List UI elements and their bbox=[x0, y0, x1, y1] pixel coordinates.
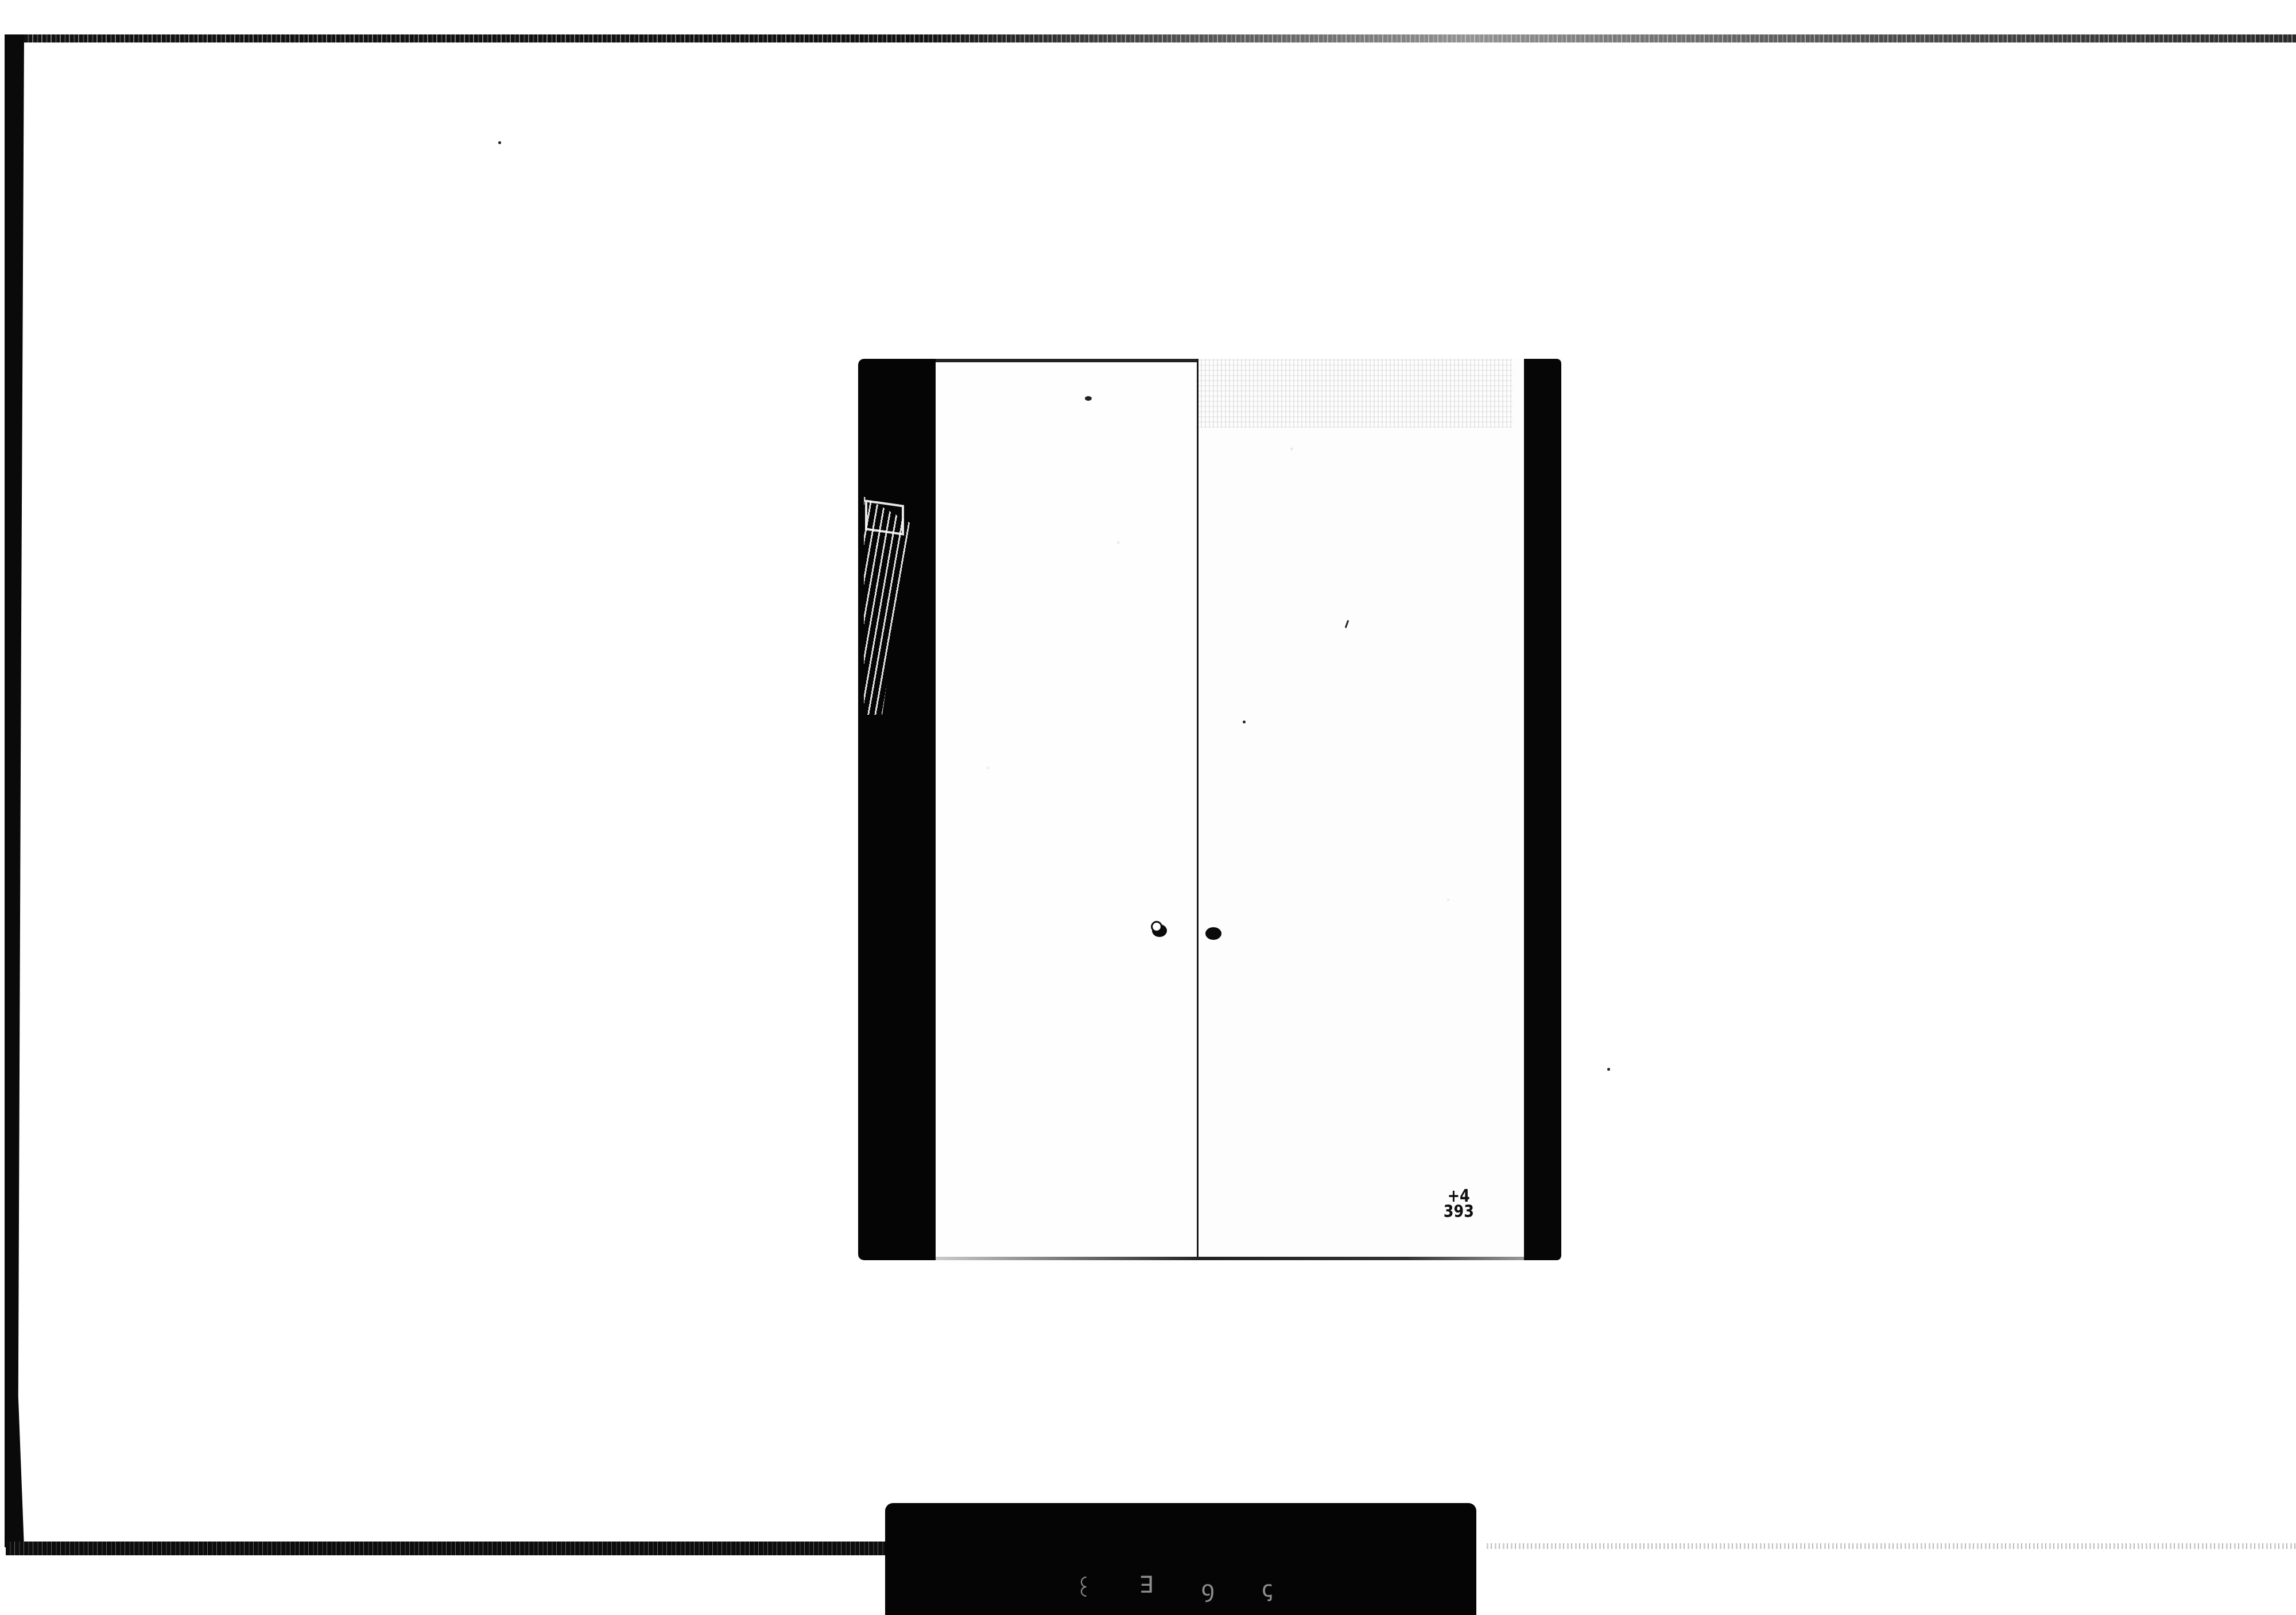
shelf-mark: +4 393 bbox=[1444, 1188, 1474, 1219]
right-cover-edge bbox=[1524, 359, 1561, 1260]
center-fold-line bbox=[1197, 359, 1199, 1260]
tab-glyph: ꒰ bbox=[1075, 1572, 1093, 1604]
cover-ornament-frame-icon bbox=[865, 499, 904, 536]
frame-bottom-edge-faint bbox=[1487, 1543, 2296, 1549]
left-cover-edge bbox=[858, 359, 936, 1260]
scan-noise bbox=[1197, 359, 1512, 428]
scan-speck bbox=[1085, 396, 1092, 401]
binding-hole-left-icon bbox=[1152, 924, 1167, 937]
left-page-panel bbox=[936, 359, 1197, 1264]
right-page-panel bbox=[1198, 359, 1511, 1260]
tab-glyphs: ꒰ ꓱ ꝯ ꞔ bbox=[1075, 1572, 1274, 1604]
binding-hole-right-icon bbox=[1205, 927, 1221, 940]
tab-glyph: ꓱ bbox=[1139, 1572, 1155, 1604]
scan-canvas: +4 393 ꒰ ꓱ ꝯ ꞔ bbox=[0, 0, 2296, 1615]
shelf-mark-line-2: 393 bbox=[1444, 1204, 1474, 1219]
tab-glyph: ꞔ bbox=[1262, 1572, 1274, 1604]
scan-speck bbox=[498, 141, 501, 144]
bottom-label-tab: ꒰ ꓱ ꝯ ꞔ bbox=[885, 1503, 1476, 1615]
book-block: +4 393 bbox=[858, 359, 1561, 1260]
book-bottom-edge bbox=[936, 1257, 1524, 1260]
frame-bottom-edge bbox=[6, 1542, 895, 1555]
scan-speck bbox=[1243, 721, 1246, 723]
scan-speck bbox=[1607, 1068, 1610, 1071]
frame-left-edge bbox=[5, 34, 24, 1547]
tab-glyph: ꝯ bbox=[1201, 1572, 1216, 1604]
frame-top-fade bbox=[918, 34, 2296, 42]
